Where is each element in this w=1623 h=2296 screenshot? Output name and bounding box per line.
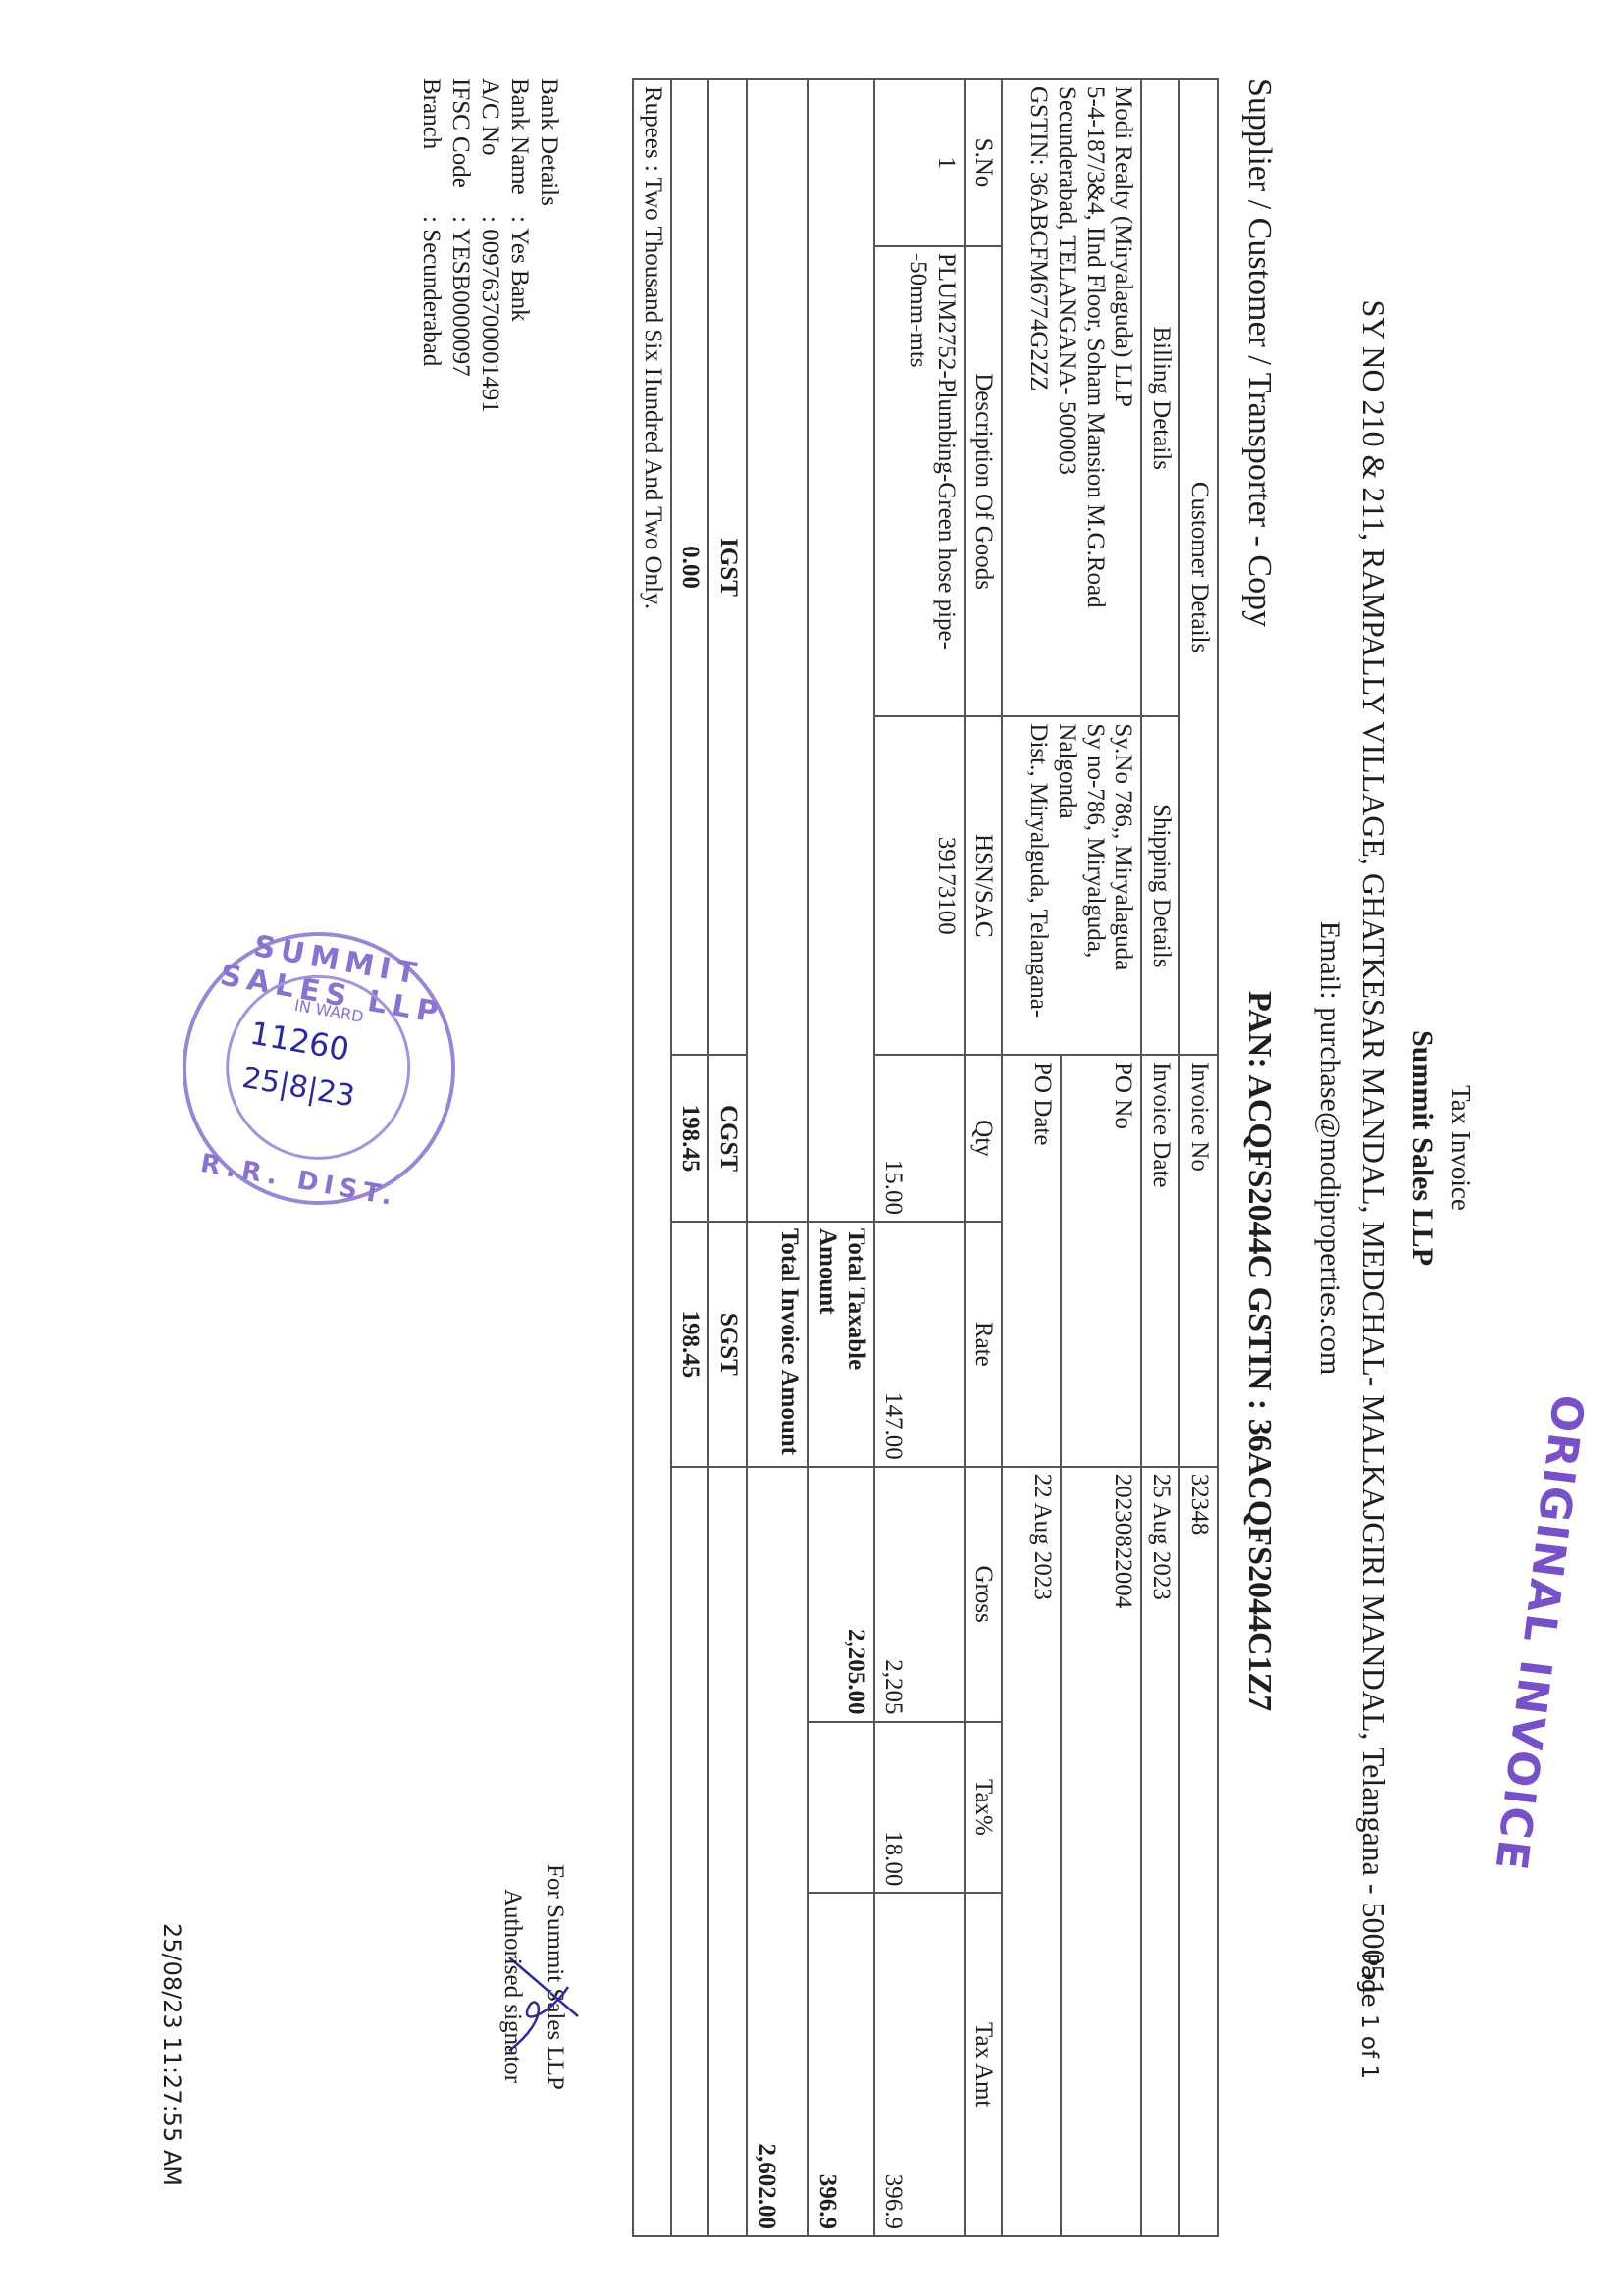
igst-label: IGST [709,79,748,1055]
items-header-row: S.No Description Of Goods HSN/SAC Qty Ra… [965,79,1003,2236]
col-gross: Gross [965,1467,1003,1722]
col-tax-amt: Tax Amt [965,1893,1003,2236]
cgst-label: CGST [709,1055,748,1222]
tax-breakup-header-row: IGST CGST SGST [709,79,748,2236]
bank-row: Branch: Secunderabad [416,78,445,413]
total-invoice-row: Total Invoice Amount 2,602.00 [747,79,808,2236]
table-row: 1 PLUM2752-Plumbing-Green hose pipe--50m… [874,79,965,2236]
total-invoice-amount: 2,602.00 [747,1467,808,2236]
total-taxable-row: Total Taxable Amount 2,205.00 396.9 [808,79,874,2236]
bank-row: IFSC Code: YESB0000097 [445,78,475,413]
item-tax-pct: 18.00 [874,1722,965,1894]
col-qty: Qty [965,1055,1003,1222]
document-title: Tax Invoice [1445,0,1476,2296]
col-sno: S.No [965,79,1003,246]
po-no-label: PO No [1062,1055,1142,1467]
item-hsn: 39173100 [874,716,965,1055]
po-date-label: PO Date [1003,1055,1062,1467]
page-number: Page 1 of 1 [1356,1953,1382,2079]
billing-details-label: Billing Details [1142,79,1180,716]
col-hsn: HSN/SAC [965,716,1003,1055]
customer-details-header-row: Customer Details Invoice No 32348 [1179,79,1218,2236]
item-tax-amt: 396.9 [874,1893,965,2236]
shipping-line: Dist., Miryalguda, Telangana- [1024,723,1053,1048]
company-address: SY NO 210 & 211, RAMPALLY VILLAGE, GHATK… [1355,0,1391,2296]
po-no-value: 20230822004 [1062,1467,1142,2236]
po-date-value: 22 Aug 2023 [1003,1467,1062,2236]
invoice-table: Customer Details Invoice No 32348 Billin… [632,78,1219,2237]
igst-value: 0.00 [671,79,709,1055]
authorised-signatory-label: Authorised signator [498,1889,526,2083]
bank-details-heading: Bank Details [534,78,563,413]
sgst-value: 198.45 [671,1222,709,1467]
bank-row: A/C No: 009763700001491 [475,78,504,413]
customer-details-label: Customer Details [1179,79,1218,1055]
item-sno: 1 [874,79,965,246]
tax-breakup-values-row: 0.00 198.45 198.45 [671,79,709,2236]
original-invoice-stamp: ORIGINAL INVOICE [1485,1392,1593,1875]
amount-in-words-row: Rupees : Two Thousand Six Hundred And Tw… [633,79,671,2236]
company-seal-stamp: SUMMIT SALES LLP IN WARD 11260 25|8|23 R… [161,911,477,1226]
bank-row: Bank Name: Yes Bank [504,78,534,413]
address-row: Modi Realty (Miryalaguda) LLP 5-4-187/3&… [1062,79,1142,2236]
item-rate: 147.00 [874,1222,965,1467]
invoice-date-label: Invoice Date [1142,1055,1180,1467]
company-email: Email: purchase@modiproperties.com [1313,0,1346,2296]
bank-details: Bank Details Bank Name: Yes Bank A/C No:… [416,78,563,413]
pan-gstin: PAN: ACQFS2044C GSTIN : 36ACQFS2044C1Z7 [1240,991,1278,1711]
item-description: PLUM2752-Plumbing-Green hose pipe--50mm-… [874,246,965,717]
company-name: Summit Sales LLP [1405,0,1439,2296]
total-taxable-tax: 396.9 [808,1893,874,2236]
col-rate: Rate [965,1222,1003,1467]
shipping-address: Sy.No 786,, Miryalaguda Sy no-786, Mirya… [1003,716,1142,1055]
billing-line: Secunderabad, TELANGANA- 500003 [1052,86,1080,709]
billing-line: 5-4-187/3&4, IInd Floor, Soham Mansion M… [1080,86,1109,709]
item-gross: 2,205 [874,1467,965,1722]
invoice-no-label: Invoice No [1179,1055,1218,1467]
shipping-details-label: Shipping Details [1142,716,1180,1055]
total-invoice-label: Total Invoice Amount [747,1222,808,1467]
invoice-date-value: 25 Aug 2023 [1142,1467,1180,2236]
invoice-no-value: 32348 [1179,1467,1218,2236]
shipping-line: Sy.No 786,, Miryalaguda [1109,723,1137,1048]
cgst-value: 198.45 [671,1055,709,1222]
billing-address: Modi Realty (Miryalaguda) LLP 5-4-187/3&… [1003,79,1142,716]
col-description: Description Of Goods [965,246,1003,717]
invoice-page: Tax Invoice Summit Sales LLP SY NO 210 &… [0,0,1623,2296]
shipping-line: Sy no-786, Miryalguda, Nalgonda [1052,723,1109,1048]
billing-gstin: GSTIN: 36ABCFM6774G2ZZ [1024,86,1053,709]
printed-timestamp: 25/08/23 11:27:55 AM [158,1923,185,2186]
amount-in-words: Rupees : Two Thousand Six Hundred And Tw… [633,79,671,2236]
sgst-label: SGST [709,1222,748,1467]
col-tax-pct: Tax% [965,1722,1003,1894]
total-taxable-label: Total Taxable Amount [808,1222,874,1467]
billing-line: Modi Realty (Miryalaguda) LLP [1109,86,1137,709]
item-qty: 15.00 [874,1055,965,1222]
total-taxable-gross: 2,205.00 [808,1467,874,1722]
copy-label: Supplier / Customer / Transporter - Copy [1240,78,1278,627]
billing-shipping-header-row: Billing Details Shipping Details Invoice… [1142,79,1180,2236]
